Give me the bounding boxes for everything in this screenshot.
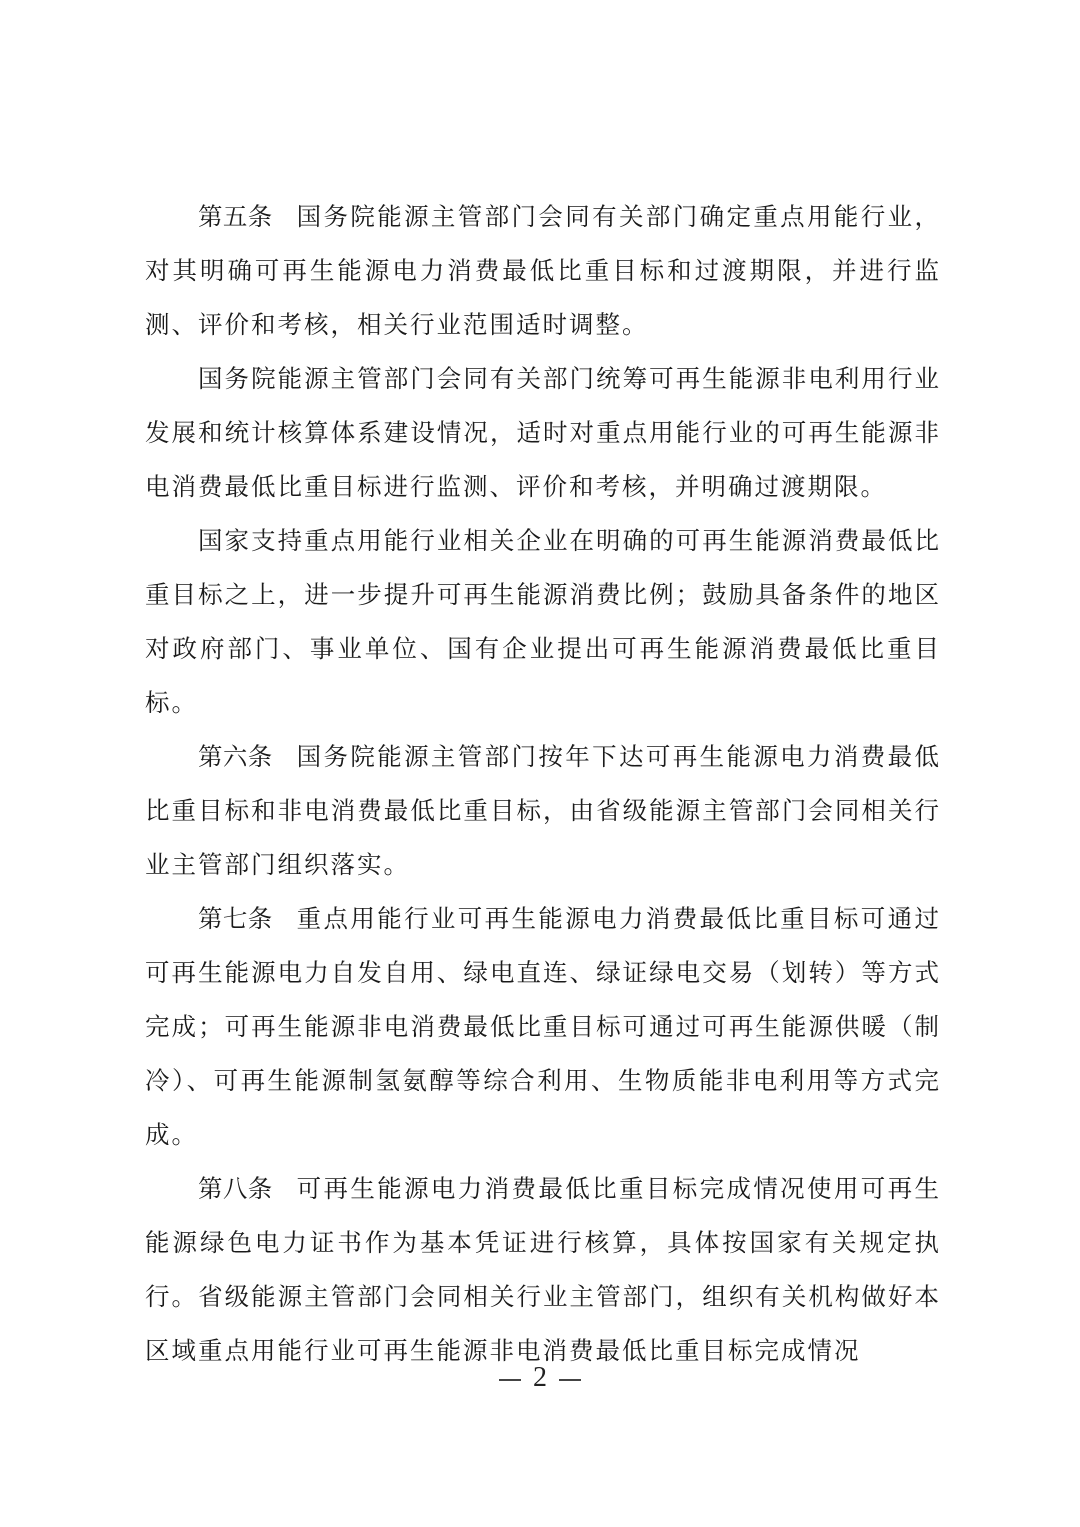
- paragraph-article-6: 第六条国务院能源主管部门按年下达可再生能源电力消费最低比重目标和非电消费最低比重…: [145, 730, 941, 892]
- paragraph-article-5-part-2: 国务院能源主管部门会同有关部门统筹可再生能源非电利用行业发展和统计核算体系建设情…: [145, 352, 941, 514]
- dash-right: [559, 1379, 581, 1381]
- paragraph-article-5: 第五条国务院能源主管部门会同有关部门确定重点用能行业，对其明确可再生能源电力消费…: [145, 190, 941, 352]
- paragraph-article-7: 第七条重点用能行业可再生能源电力消费最低比重目标可通过可再生能源电力自发自用、绿…: [145, 892, 941, 1162]
- document-page: 第五条国务院能源主管部门会同有关部门确定重点用能行业，对其明确可再生能源电力消费…: [145, 190, 941, 1378]
- paragraph-article-8: 第八条可再生能源电力消费最低比重目标完成情况使用可再生能源绿色电力证书作为基本凭…: [145, 1162, 941, 1378]
- paragraph-text: 重点用能行业可再生能源电力消费最低比重目标可通过可再生能源电力自发自用、绿电直连…: [145, 904, 941, 1149]
- article-number: 第五条: [198, 202, 273, 231]
- page-number-footer: 2: [0, 1362, 1080, 1394]
- dash-left: [499, 1379, 521, 1381]
- article-number: 第六条: [198, 742, 273, 771]
- page-number: 2: [533, 1362, 547, 1393]
- paragraph-article-5-part-3: 国家支持重点用能行业相关企业在明确的可再生能源消费最低比重目标之上，进一步提升可…: [145, 514, 941, 730]
- paragraph-text: 国务院能源主管部门会同有关部门统筹可再生能源非电利用行业发展和统计核算体系建设情…: [145, 364, 941, 501]
- paragraph-text: 国家支持重点用能行业相关企业在明确的可再生能源消费最低比重目标之上，进一步提升可…: [145, 526, 941, 717]
- article-number: 第七条: [198, 904, 273, 933]
- article-number: 第八条: [198, 1174, 273, 1203]
